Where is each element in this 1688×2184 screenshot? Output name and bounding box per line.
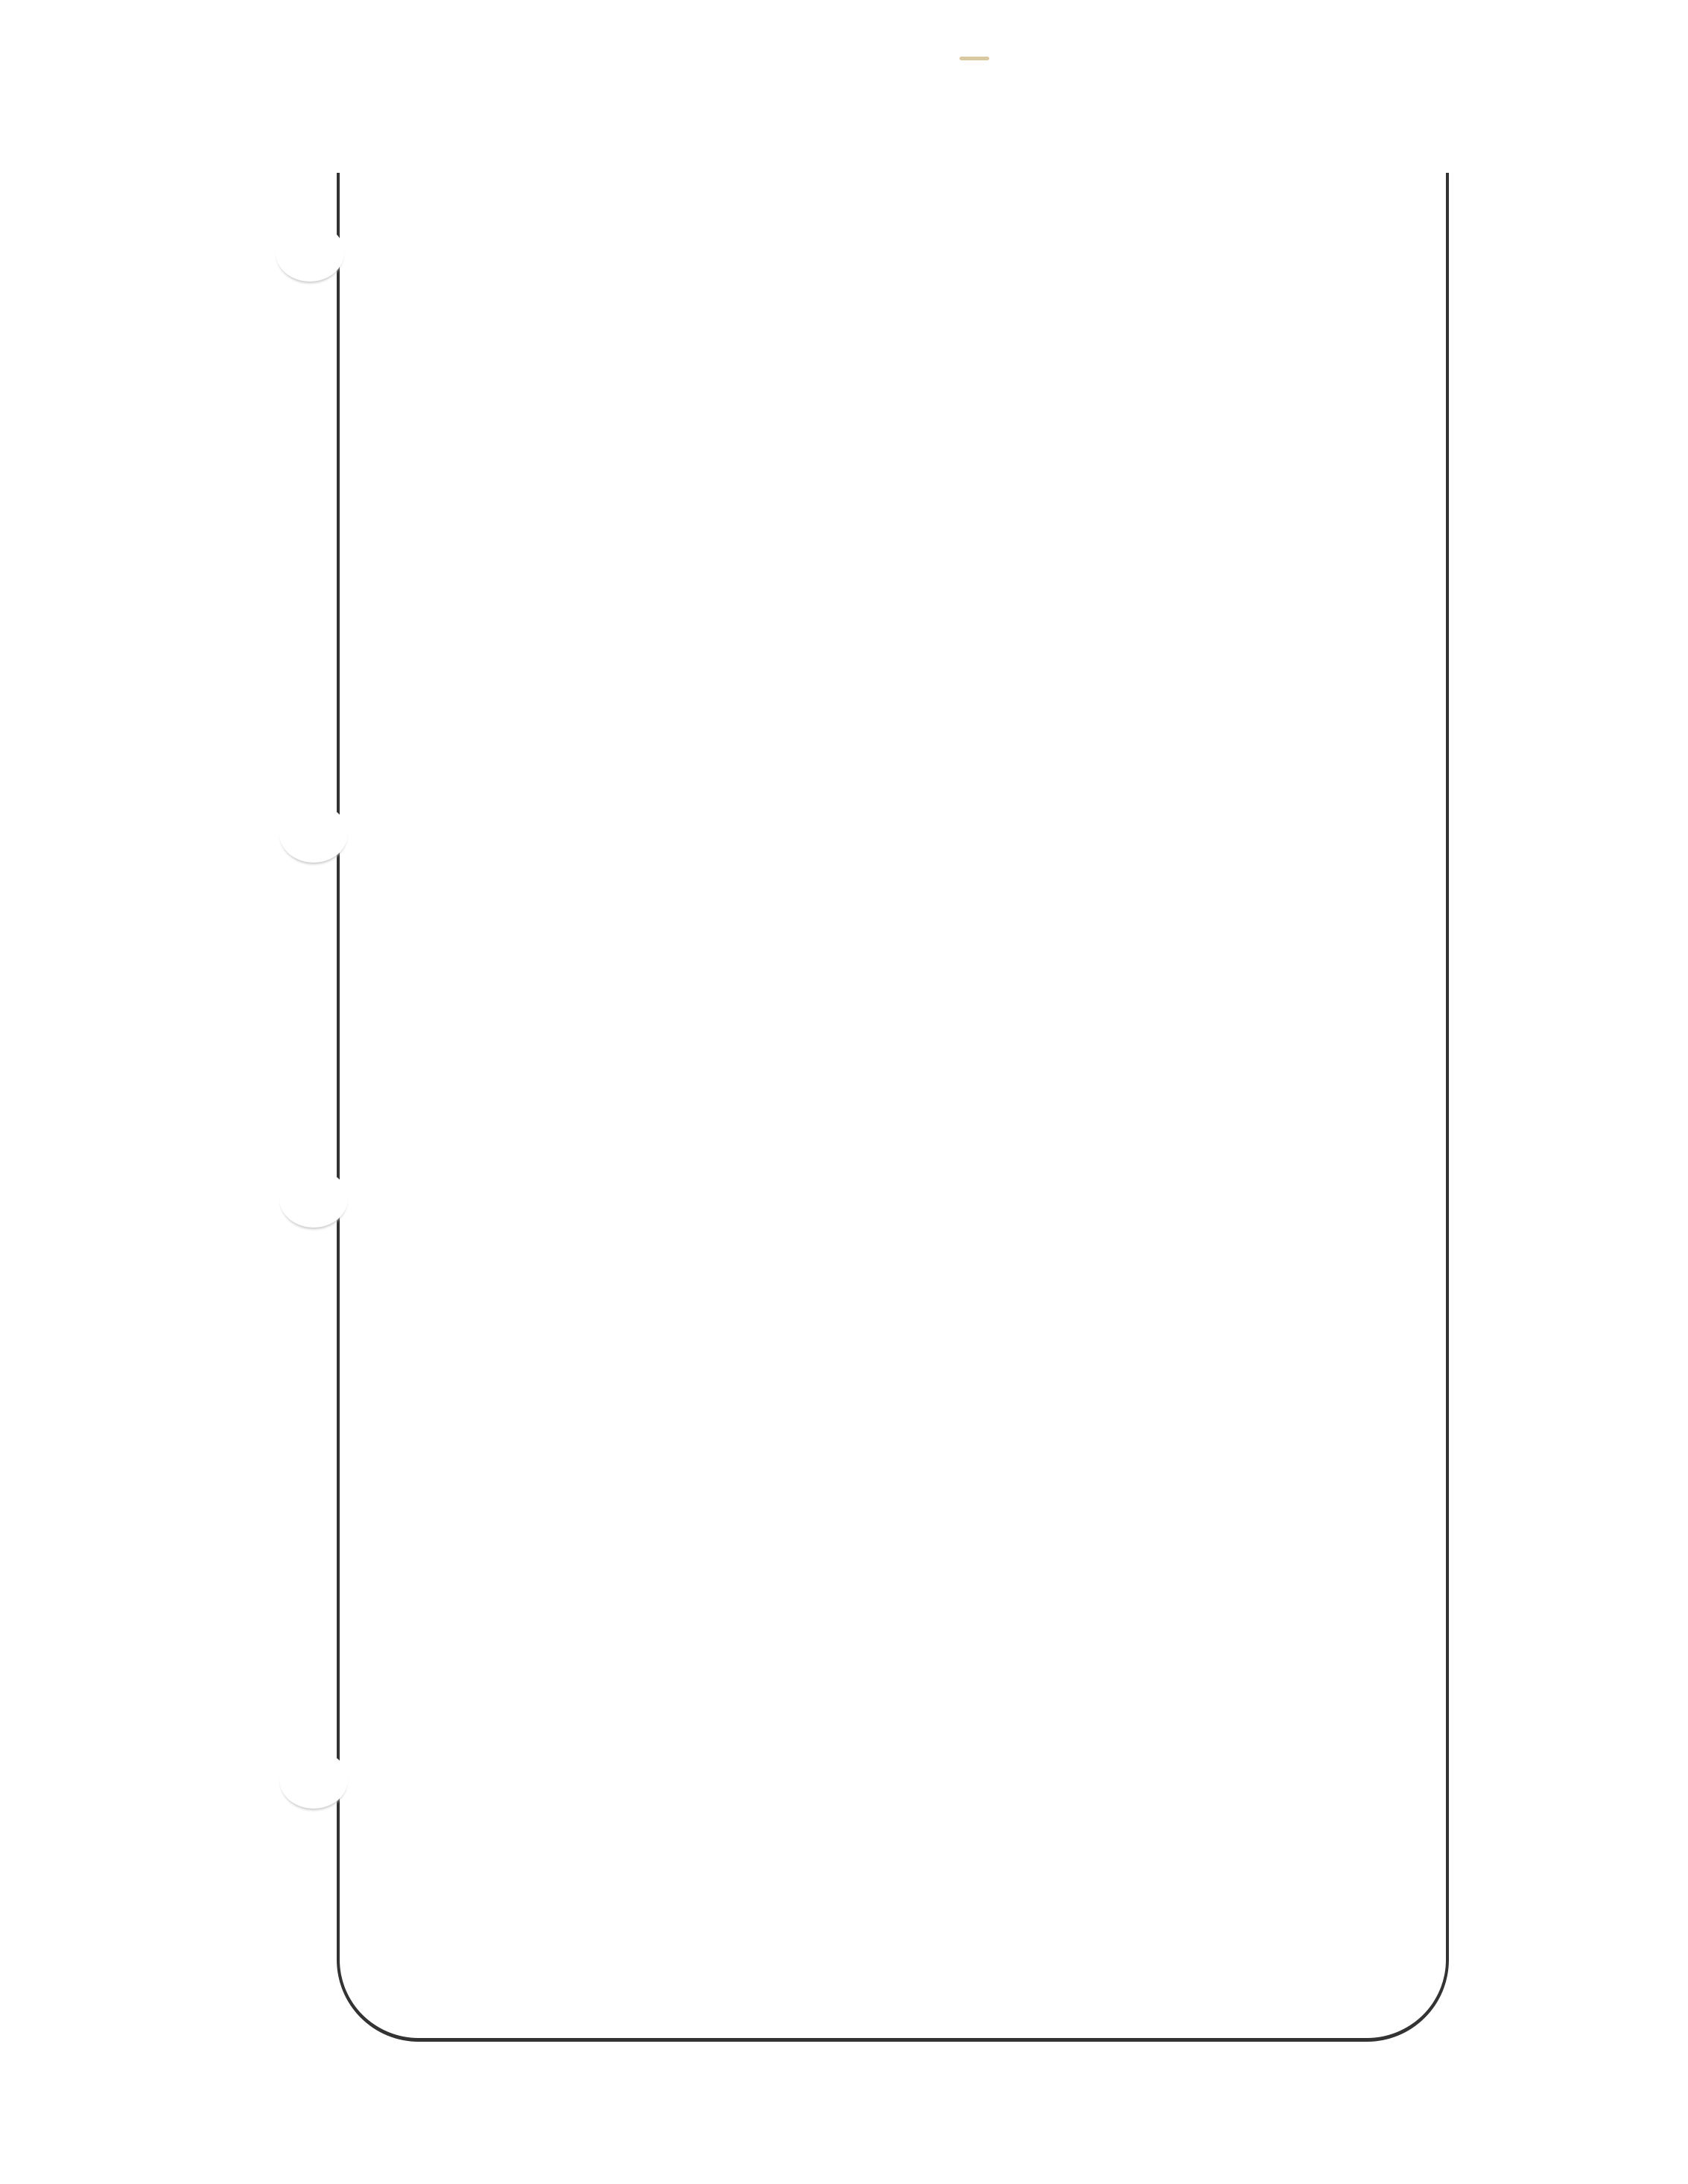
punch-hole	[279, 1169, 348, 1228]
paper-stain	[959, 57, 989, 60]
punch-hole	[279, 1750, 348, 1809]
note-frame	[337, 173, 1449, 2042]
punch-hole	[276, 223, 344, 282]
punch-hole	[279, 804, 348, 863]
